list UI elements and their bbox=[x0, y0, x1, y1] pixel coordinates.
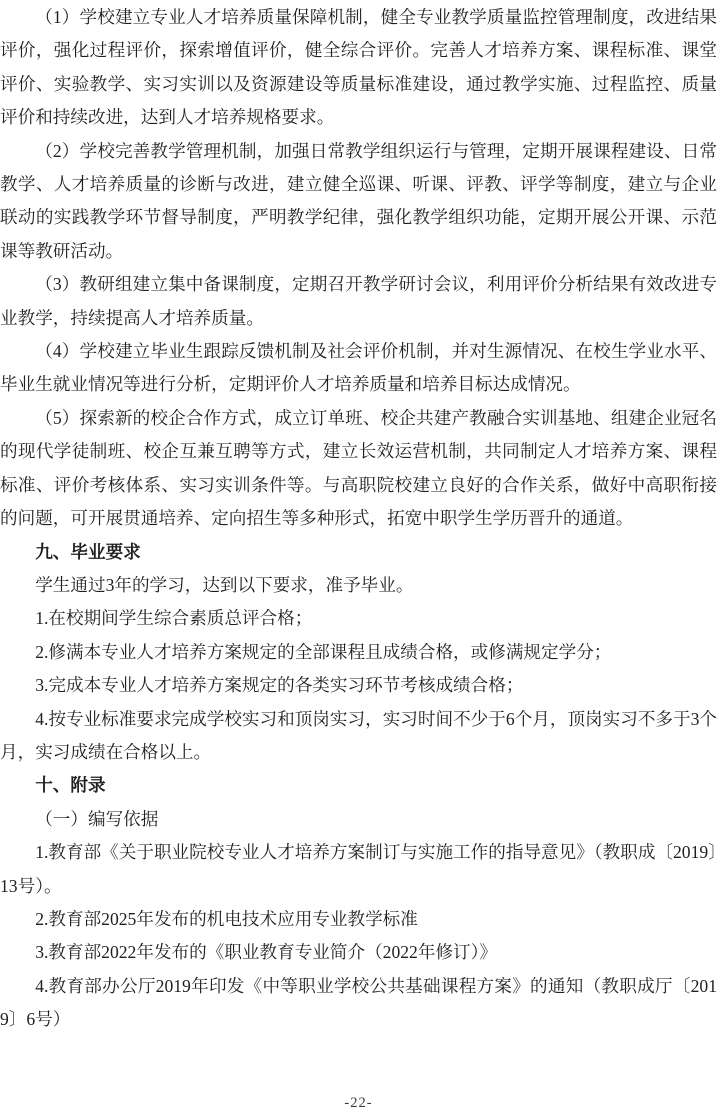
paragraph: 4.教育部办公厅2019年印发《中等职业学校公共基础课程方案》的通知（教职成厅〔… bbox=[0, 970, 717, 1037]
paragraph: 1.在校期间学生综合素质总评合格； bbox=[0, 602, 717, 635]
paragraph: 2.教育部2025年发布的机电技术应用专业教学标准 bbox=[0, 903, 717, 936]
paragraph: （1）学校建立专业人才培养质量保障机制，健全专业教学质量监控管理制度，改进结果评… bbox=[0, 1, 717, 135]
section-heading: 九、毕业要求 bbox=[0, 536, 717, 569]
paragraph: 1.教育部《关于职业院校专业人才培养方案制订与实施工作的指导意见》（教职成〔20… bbox=[0, 836, 717, 903]
paragraph: 2.修满本专业人才培养方案规定的全部课程且成绩合格，或修满规定学分； bbox=[0, 636, 717, 669]
page-number: -22- bbox=[344, 1095, 372, 1111]
paragraph: 学生通过3年的学习，达到以下要求，准予毕业。 bbox=[0, 569, 717, 602]
paragraph: 4.按专业标准要求完成学校实习和顶岗实习，实习时间不少于6个月，顶岗实习不多于3… bbox=[0, 703, 717, 770]
paragraph: 3.教育部2022年发布的《职业教育专业简介（2022年修订）》 bbox=[0, 936, 717, 969]
paragraph: （一）编写依据 bbox=[0, 803, 717, 836]
document-page: （1）学校建立专业人才培养质量保障机制，健全专业教学质量监控管理制度，改进结果评… bbox=[0, 0, 717, 1116]
section-heading: 十、附录 bbox=[0, 769, 717, 802]
page-footer: -22- bbox=[0, 1094, 717, 1112]
paragraph: 3.完成本专业人才培养方案规定的各类实习环节考核成绩合格； bbox=[0, 669, 717, 702]
paragraph: （2）学校完善教学管理机制，加强日常教学组织运行与管理，定期开展课程建设、日常教… bbox=[0, 135, 717, 269]
paragraph: （5）探索新的校企合作方式，成立订单班、校企共建产教融合实训基地、组建企业冠名的… bbox=[0, 402, 717, 536]
paragraph: （3）教研组建立集中备课制度，定期召开教学研讨会议，利用评价分析结果有效改进专业… bbox=[0, 268, 717, 335]
document-body: （1）学校建立专业人才培养质量保障机制，健全专业教学质量监控管理制度，改进结果评… bbox=[0, 0, 717, 1037]
paragraph: （4）学校建立毕业生跟踪反馈机制及社会评价机制，并对生源情况、在校生学业水平、毕… bbox=[0, 335, 717, 402]
